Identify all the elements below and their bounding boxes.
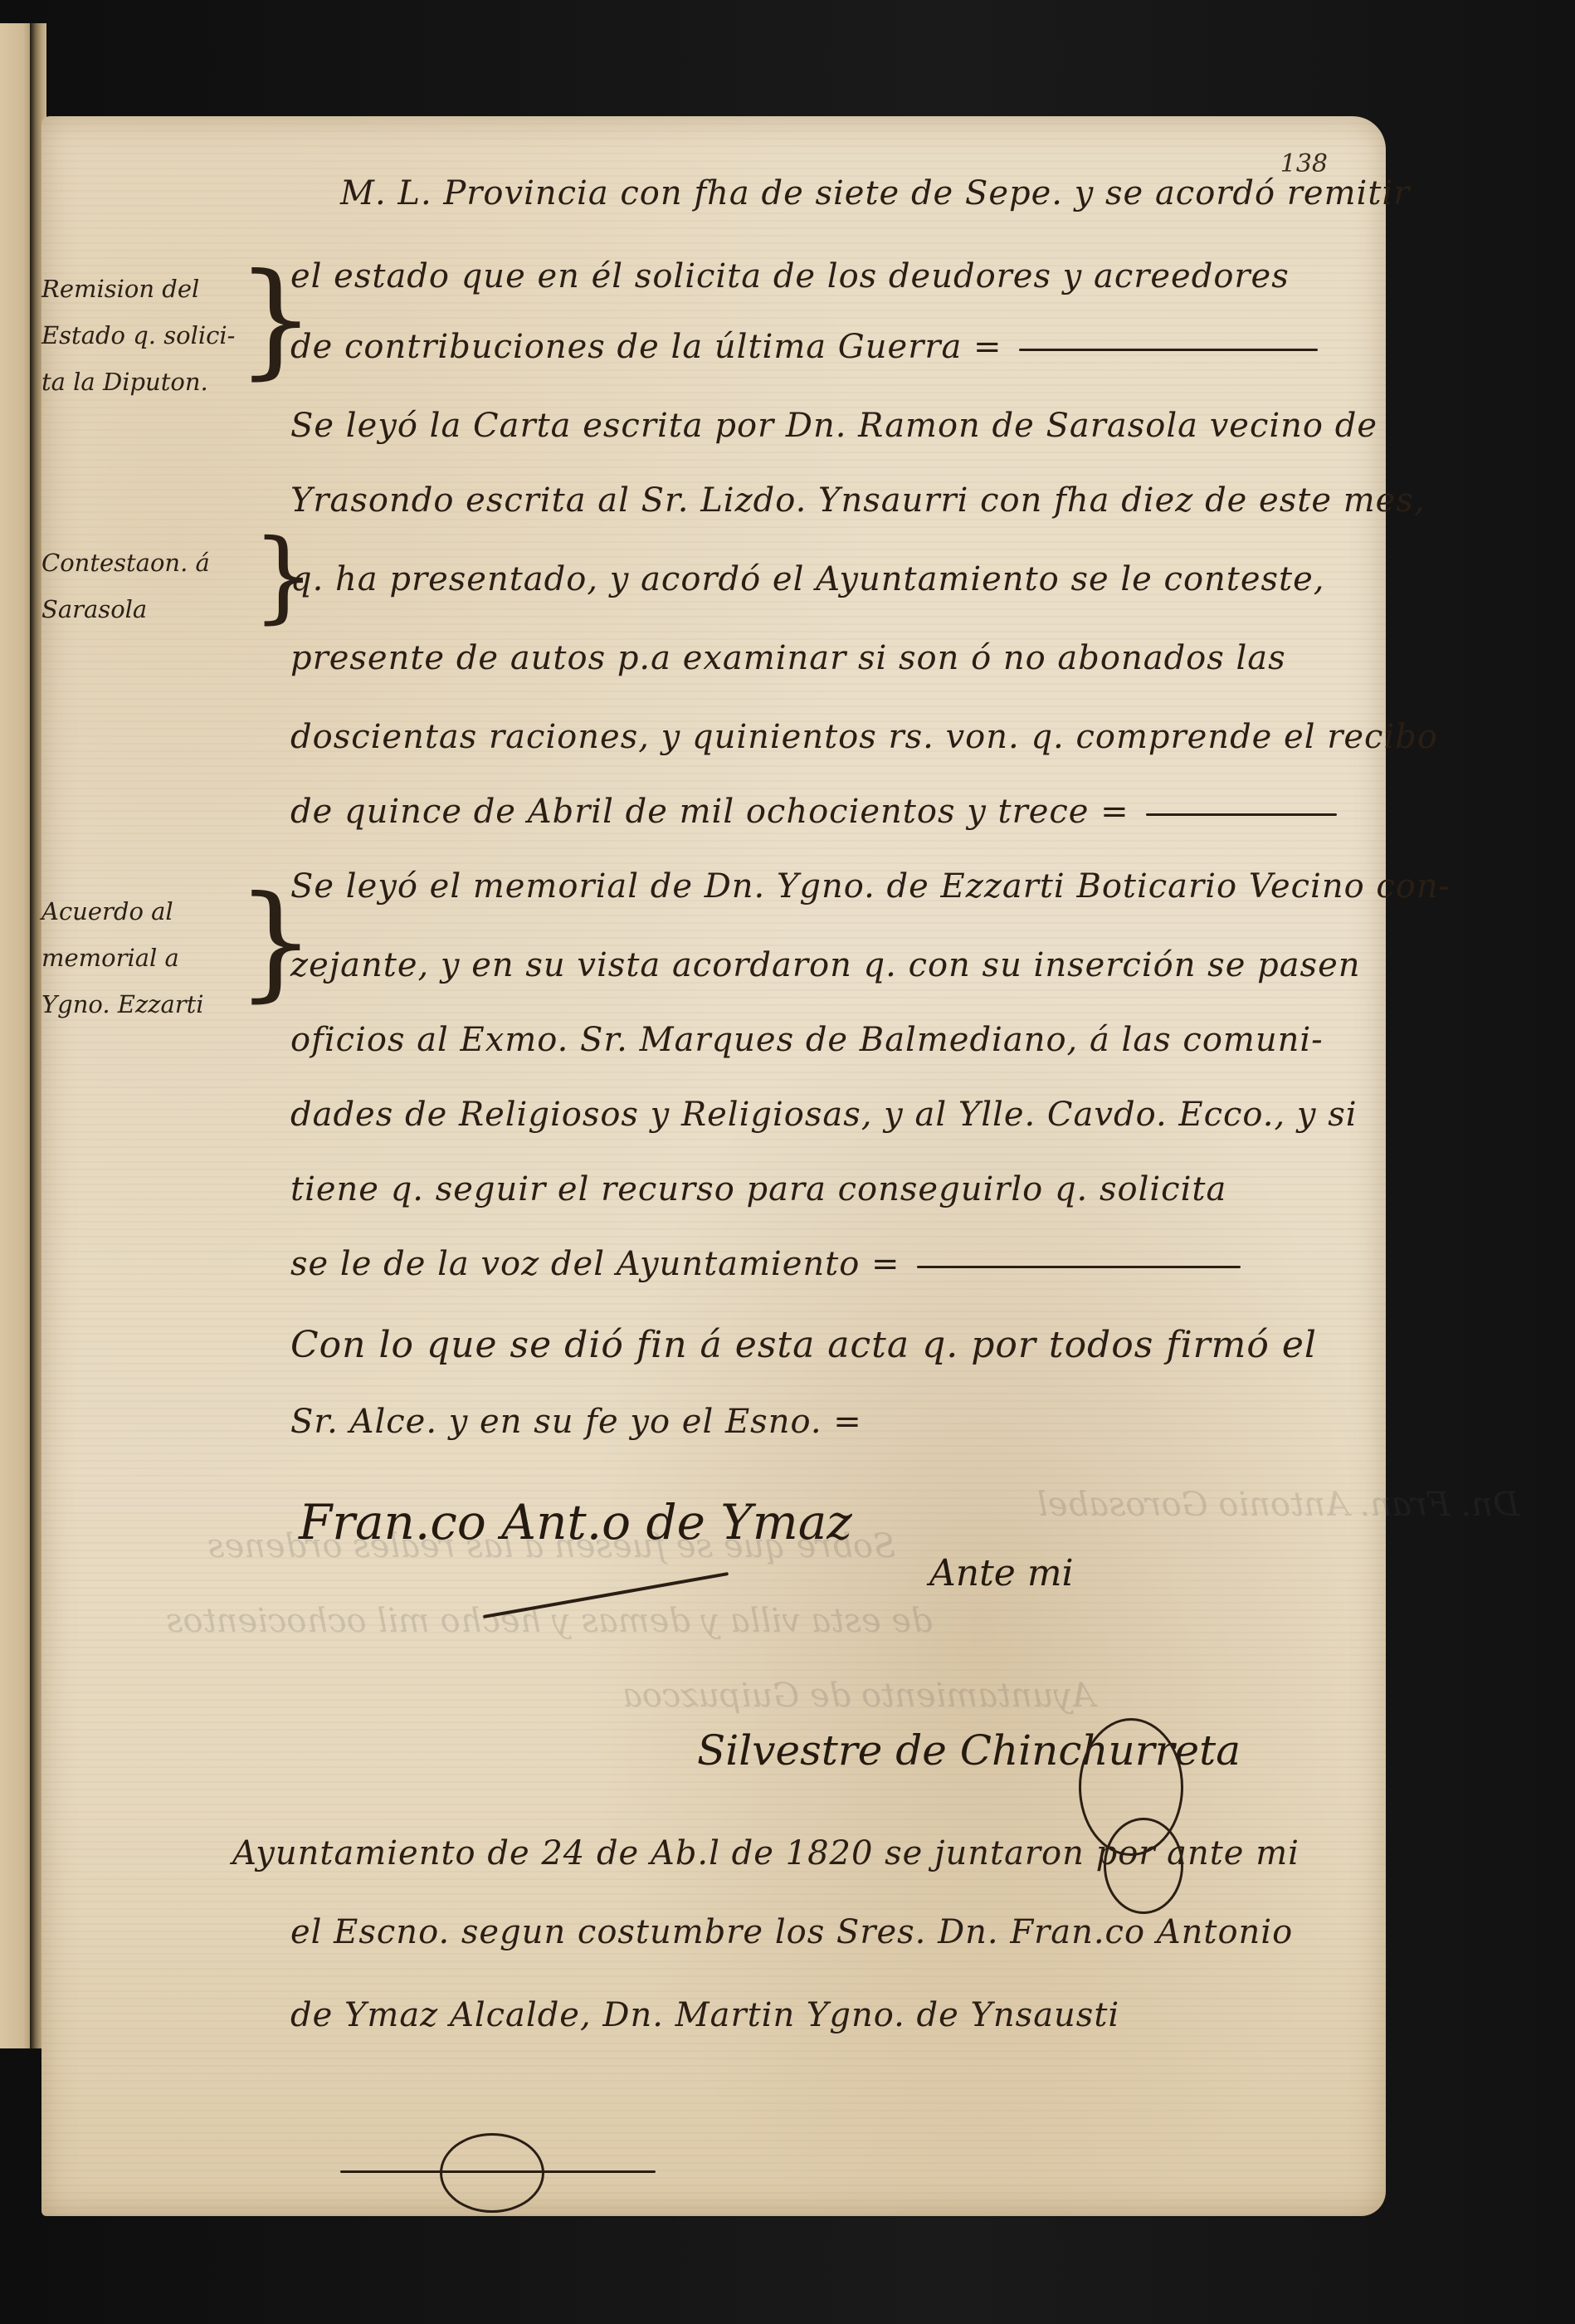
body-line: Se leyó el memorial de Dn. Ygno. de Ezza… <box>290 867 1451 906</box>
body-line: dades de Religiosos y Religiosas, y al Y… <box>290 1096 1358 1134</box>
manuscript-page: 138 Dn. Fran. Antonio Gorosabel Sobre qu… <box>41 116 1386 2216</box>
body-line-text: se le de la voz del Ayuntamiento = <box>290 1245 900 1283</box>
body-line: M. L. Provincia con fha de siete de Sepe… <box>340 174 1410 212</box>
body-line: tiene q. seguir el recurso para consegui… <box>290 1170 1226 1208</box>
line-filler-dash <box>1146 813 1337 816</box>
body-line: Yrasondo escrita al Sr. Lizdo. Ynsaurri … <box>290 481 1426 520</box>
bleed-through: Ayuntamiento de Guipuzcoa <box>622 1677 1095 1715</box>
margin-note-contestacion: Contestaon. á Sarasola } <box>41 539 290 632</box>
body-line-text: de contribuciones de la última Guerra = <box>290 328 1002 366</box>
margin-note-acuerdo: Acuerdo al memorial a Ygno. Ezzarti } <box>41 888 290 1028</box>
facing-page-edge <box>0 23 33 2048</box>
body-line: oficios al Exmo. Sr. Marques de Balmedia… <box>290 1021 1324 1059</box>
body-line: q. ha presentado, y acordó el Ayuntamien… <box>290 560 1325 598</box>
line-filler-dash <box>917 1266 1241 1268</box>
body-line: de contribuciones de la última Guerra = <box>290 328 1318 366</box>
margin-note-remision: Remision del Estado q. solici- ta la Dip… <box>41 266 290 405</box>
body-line: Con lo que se dió fin á esta acta q. por… <box>290 1324 1317 1366</box>
bleed-through: de esta villa y demas y hecho mil ochoci… <box>166 1602 933 1640</box>
body-line: Se leyó la Carta escrita por Dn. Ramon d… <box>290 407 1378 445</box>
rubric-line <box>340 2170 656 2173</box>
body-line: de quince de Abril de mil ochocientos y … <box>290 793 1337 831</box>
signature-ante-mi: Ante mi <box>929 1552 1074 1594</box>
next-entry-line: el Escno. segun costumbre los Sres. Dn. … <box>290 1913 1293 1951</box>
body-line: se le de la voz del Ayuntamiento = <box>290 1245 1241 1283</box>
rubric-mark <box>440 2133 544 2213</box>
next-entry-line: de Ymaz Alcalde, Dn. Martin Ygno. de Yns… <box>290 1996 1119 2034</box>
body-line: presente de autos p.a examinar si son ó … <box>290 639 1286 677</box>
line-filler-dash <box>1019 349 1318 351</box>
next-entry-line: Ayuntamiento de 24 de Ab.l de 1820 se ju… <box>232 1834 1299 1872</box>
body-line: el estado que en él solicita de los deud… <box>290 257 1290 295</box>
body-line: Sr. Alce. y en su fe yo el Esno. = <box>290 1403 862 1441</box>
signature-alcalde: Fran.co Ant.o de Ymaz <box>299 1494 852 1550</box>
body-line: zejante, y en su vista acordaron q. con … <box>290 946 1361 984</box>
body-line-text: de quince de Abril de mil ochocientos y … <box>290 793 1129 831</box>
bleed-through: Dn. Fran. Antonio Gorosabel <box>1037 1486 1519 1524</box>
body-line: doscientas raciones, y quinientos rs. vo… <box>290 718 1438 756</box>
